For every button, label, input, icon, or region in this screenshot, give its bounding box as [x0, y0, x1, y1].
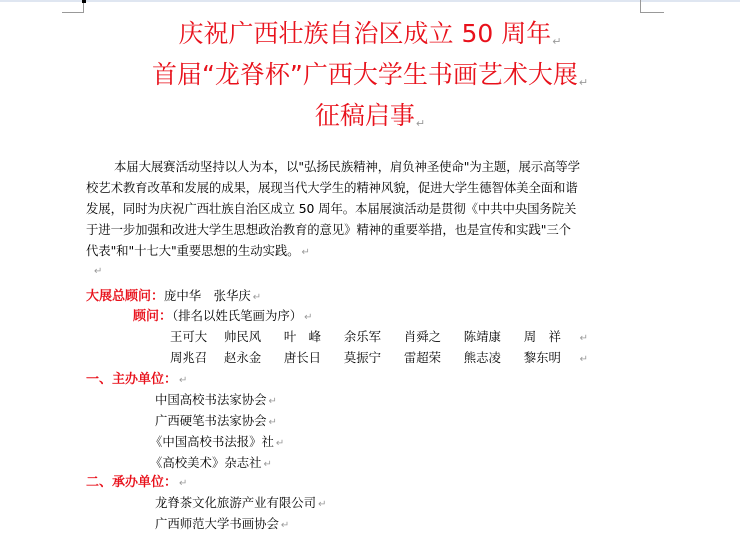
paragraph-mark-icon: ↵ — [580, 333, 588, 344]
advisors-names-row-2[interactable]: 周兆召 赵永金 唐长日 莫振宁 雷超荣 熊志凌 黎东明 ↵ — [170, 347, 588, 370]
advisor-name: 黎东明 — [524, 347, 574, 368]
paragraph-mark-icon: ↵ — [253, 292, 261, 303]
advisor-name: 周兆召 — [170, 347, 210, 368]
paragraph-line: 于进一步加强和改进大学生思想政治教育的意见》精神的重要举措，也是宣传和实践"三个 — [86, 219, 642, 240]
advisor-name: 赵永金 — [224, 347, 274, 368]
paragraph-mark-icon: ↵ — [264, 459, 272, 470]
paragraph-mark-icon: ↵ — [276, 438, 284, 449]
advisor-name: 莫振宁 — [344, 347, 394, 368]
paragraph-line: 代表"和"十七大"重要思想的生动实践。↵ — [86, 240, 642, 263]
advisors-note: （排名以姓氏笔画为序） — [172, 308, 302, 323]
co-organizer-item[interactable]: 广西师范大学书画协会↵ — [155, 513, 289, 536]
paragraph-mark-icon: ↵ — [301, 247, 309, 258]
paragraph-line: 校艺术教育改革和发展的成果，展现当代大学生的精神风貌，促进大学生德智体美全面和谐 — [86, 177, 642, 198]
paragraph-mark-icon: ↵ — [179, 478, 187, 489]
paragraph-line: 本届大展赛活动坚持以人为本，以"弘扬民族精神，肩负神圣使命"为主题，展示高等学 — [86, 156, 642, 177]
paragraph-mark-icon: ↵ — [580, 354, 588, 365]
advisor-name: 肖舜之 — [404, 326, 454, 347]
advisors-names-row-1[interactable]: 王可大 帅民风 叶 峰 余乐军 肖舜之 陈靖康 周 祥 ↵ — [170, 326, 588, 349]
title-line-3[interactable]: 征稿启事↵ — [0, 101, 740, 139]
advisor-name: 余乐军 — [344, 326, 394, 347]
text-cursor — [82, 0, 86, 3]
advisor-name: 熊志凌 — [464, 347, 514, 368]
paragraph-mark-icon: ↵ — [269, 417, 277, 428]
advisor-name: 陈靖康 — [464, 326, 514, 347]
margin-corner-top-left — [62, 0, 84, 13]
organizers-heading[interactable]: 一、主办单位：↵ — [86, 368, 187, 391]
co-organizers-heading[interactable]: 二、承办单位：↵ — [86, 471, 187, 494]
advisor-name: 王可大 — [170, 326, 210, 347]
advisor-name: 雷超荣 — [404, 347, 454, 368]
title-line-2[interactable]: 首届“龙脊杯”广西大学生书画艺术大展↵ — [0, 60, 740, 98]
advisors-row[interactable]: 顾问：（排名以姓氏笔画为序）↵ — [133, 305, 313, 328]
organizer-item[interactable]: 广西硬笔书法家协会↵ — [155, 410, 277, 433]
paragraph-mark-icon: ↵ — [318, 499, 326, 510]
advisor-name: 唐长日 — [284, 347, 334, 368]
advisor-name: 叶 峰 — [284, 326, 334, 347]
advisors-label: 顾问： — [133, 309, 172, 324]
margin-corner-top-right — [640, 0, 664, 13]
paragraph-mark-icon: ↵ — [94, 266, 102, 277]
page-top-edge — [0, 0, 740, 2]
paragraph-mark-icon: ↵ — [552, 35, 561, 48]
paragraph-line: 发展，同时为庆祝广西壮族自治区成立 50 周年。本届展演活动是贯彻《中共中央国务… — [86, 198, 642, 219]
title-line-1[interactable]: 庆祝广西壮族自治区成立 50 周年↵ — [0, 19, 740, 57]
paragraph-mark-icon: ↵ — [579, 76, 588, 89]
intro-paragraph[interactable]: 本届大展赛活动坚持以人为本，以"弘扬民族精神，肩负神圣使命"为主题，展示高等学 … — [86, 156, 642, 263]
advisor-name: 周 祥 — [524, 326, 574, 347]
co-organizer-item[interactable]: 龙脊茶文化旅游产业有限公司↵ — [155, 492, 326, 515]
paragraph-mark-icon: ↵ — [416, 117, 425, 130]
chief-advisors-names: 庞中华 张华庆 — [164, 288, 251, 303]
organizer-item[interactable]: 中国高校书法家协会↵ — [155, 389, 277, 412]
chief-advisors-label: 大展总顾问： — [86, 289, 164, 304]
paragraph-mark-icon: ↵ — [179, 375, 187, 386]
paragraph-mark-icon: ↵ — [304, 312, 312, 323]
organizer-item[interactable]: 《中国高校书法报》社↵ — [150, 431, 284, 454]
paragraph-mark-icon: ↵ — [269, 396, 277, 407]
advisor-name: 帅民风 — [224, 326, 274, 347]
paragraph-mark-icon: ↵ — [281, 520, 289, 531]
